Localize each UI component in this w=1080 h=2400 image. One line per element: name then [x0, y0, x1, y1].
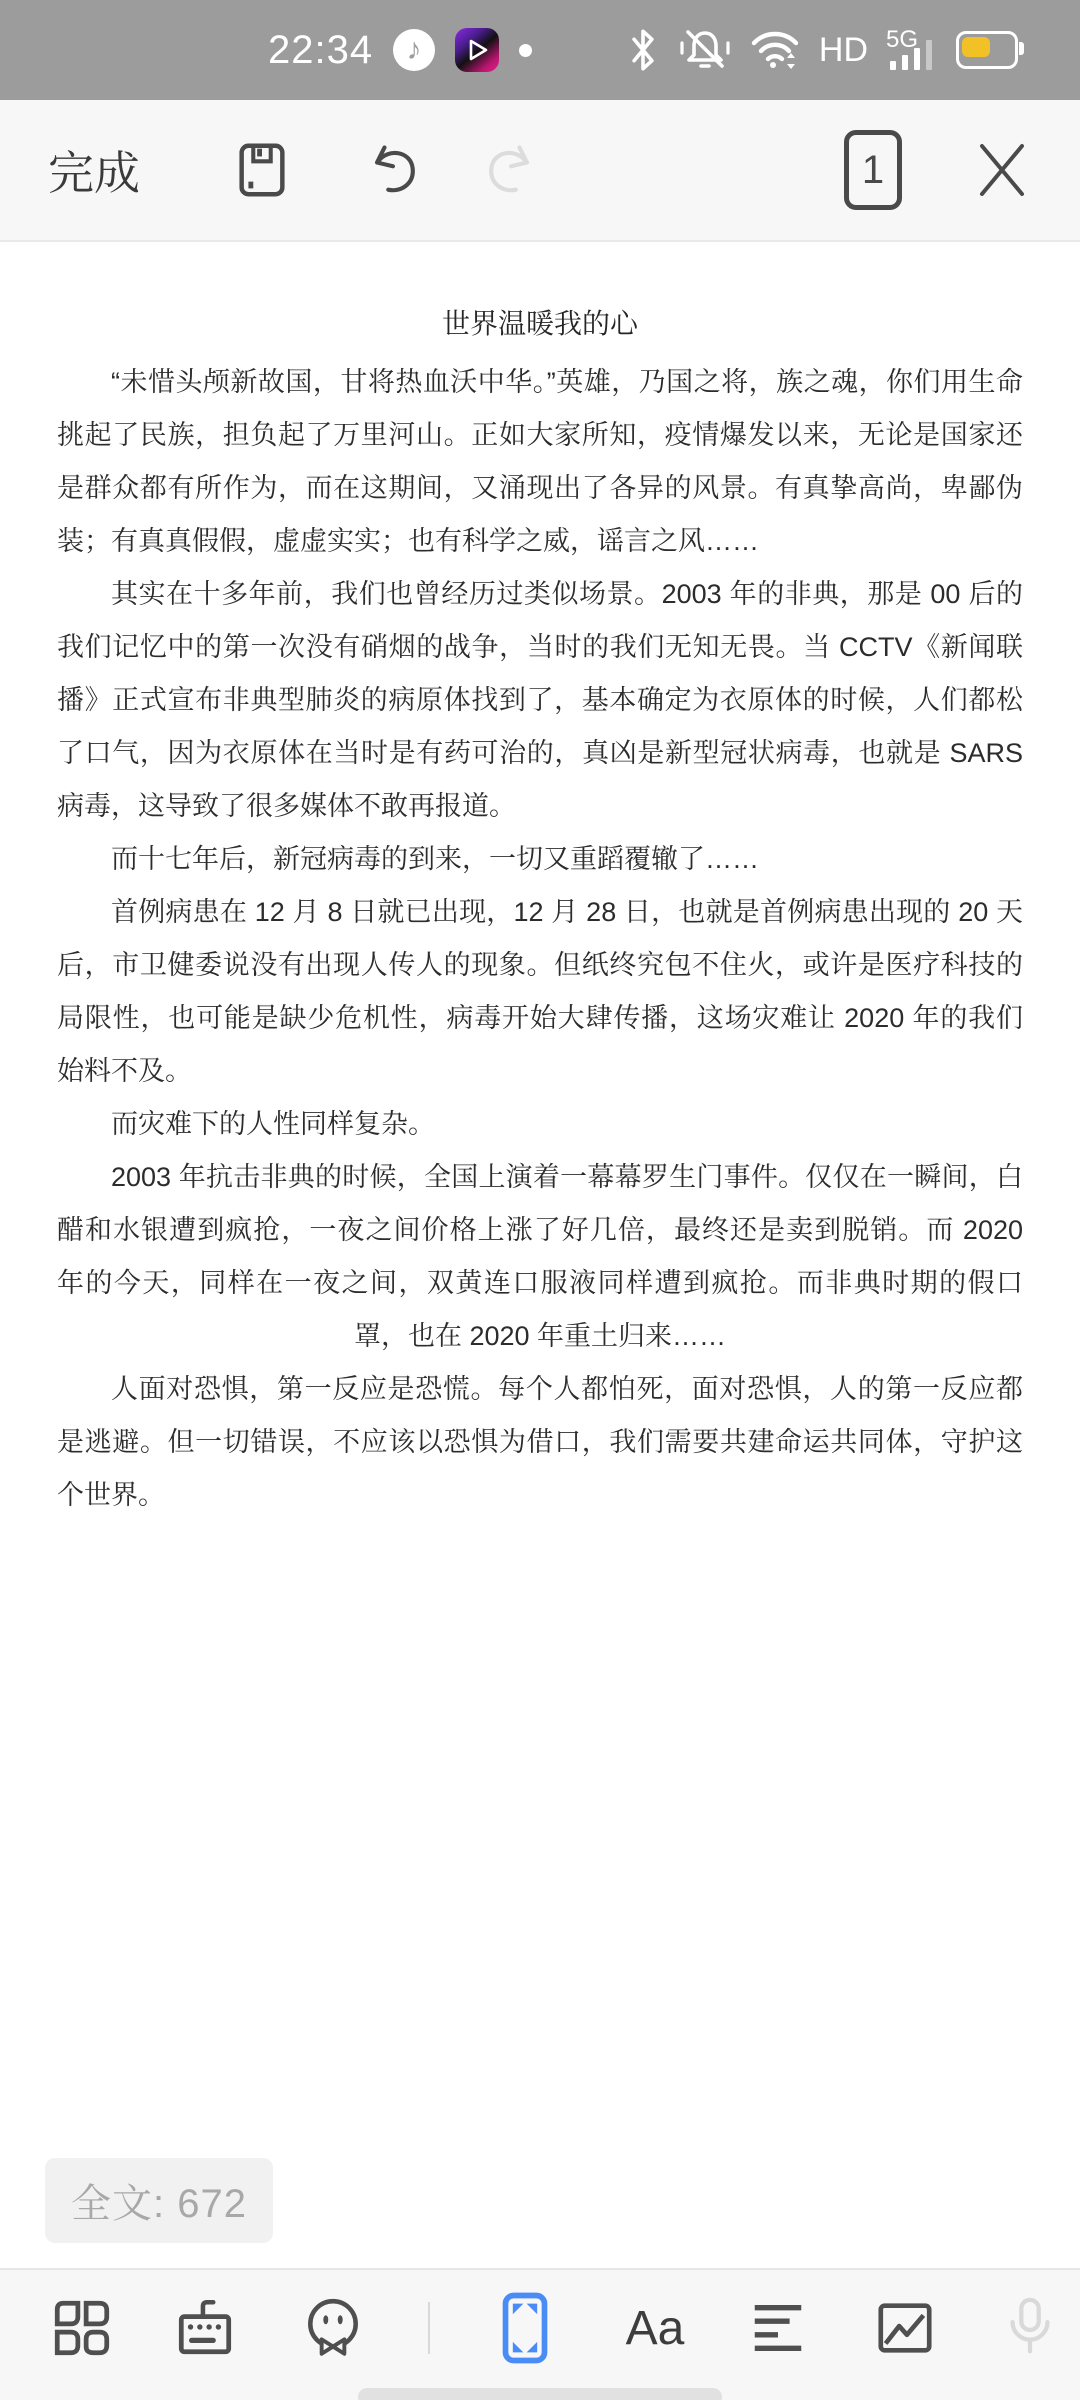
paragraph[interactable]: 而十七年后，新冠病毒的到来，一切又重蹈覆辙了…… [57, 833, 1023, 886]
tools-button[interactable] [42, 2288, 122, 2368]
font-settings-button[interactable]: Aa [615, 2288, 695, 2368]
paragraph[interactable]: 首例病患在 12 月 8 日就已出现，12 月 28 日，也就是首例病患出现的 … [57, 886, 1023, 1098]
video-app-notification-icon [455, 28, 499, 72]
page-indicator[interactable]: 1 [838, 100, 908, 240]
paragraph[interactable]: 其实在十多年前，我们也曾经历过类似场景。2003 年的非典，那是 00 后的我们… [57, 568, 1023, 833]
redo-button[interactable] [472, 100, 552, 240]
toolbar-divider [428, 2302, 430, 2354]
paragraph[interactable]: 而灾难下的人性同样复杂。 [57, 1098, 1023, 1151]
music-app-notification-icon: ♪ [393, 29, 435, 71]
tools-grid-icon [49, 2295, 115, 2361]
word-count-badge: 全文: 672 [45, 2158, 273, 2243]
status-left-cluster: 22:34 ♪ [268, 28, 532, 73]
close-icon [974, 140, 1030, 200]
phone-screen: 22:34 ♪ [0, 0, 1080, 2400]
image-icon [873, 2297, 937, 2359]
hd-indicator: HD [819, 31, 868, 70]
paragraph[interactable]: “未惜头颅新故国，甘将热血沃中华。”英雄，乃国之将，族之魂，你们用生命挑起了民族… [57, 356, 1023, 568]
page-number-box: 1 [844, 130, 902, 210]
paragraph-align-icon [747, 2297, 809, 2359]
clock: 22:34 [268, 28, 373, 73]
wifi-icon [749, 27, 801, 73]
font-aa-icon: Aa [626, 2301, 685, 2356]
vibrate-icon [679, 25, 731, 75]
floppy-save-icon [231, 139, 293, 201]
document-page[interactable]: 世界温暖我的心 “未惜头颅新故国，甘将热血沃中华。”英雄，乃国之将，族之魂，你们… [0, 242, 1080, 2268]
page-number: 1 [862, 148, 884, 193]
notification-dot [519, 44, 532, 57]
done-button[interactable]: 完成 [48, 100, 140, 240]
close-button[interactable] [962, 100, 1042, 240]
document-body[interactable]: “未惜头颅新故国，甘将热血沃中华。”英雄，乃国之将，族之魂，你们用生命挑起了民族… [57, 356, 1023, 1522]
save-button[interactable] [222, 100, 302, 240]
status-right-cluster: HD 5G [625, 25, 1018, 75]
bluetooth-icon [625, 25, 661, 75]
battery-fill [962, 37, 990, 57]
redo-icon [482, 139, 542, 201]
emoji-icon [300, 2293, 366, 2363]
bottom-toolbar: Aa [0, 2268, 1080, 2400]
paragraph-settings-button[interactable] [738, 2288, 818, 2368]
undo-button[interactable] [352, 100, 432, 240]
status-bar: 22:34 ♪ [0, 0, 1080, 100]
document-title[interactable]: 世界温暖我的心 [0, 300, 1080, 348]
paragraph[interactable]: 2003 年抗击非典的时候，全国上演着一幕幕罗生门事件。仅仅在一瞬间，白醋和水银… [57, 1151, 1023, 1363]
keyboard-icon [172, 2295, 238, 2361]
undo-icon [362, 139, 422, 201]
signal-bars: 5G [886, 28, 938, 72]
gesture-nav-pill[interactable] [358, 2388, 722, 2400]
insert-image-button[interactable] [865, 2288, 945, 2368]
voice-input-button[interactable] [990, 2288, 1070, 2368]
battery-icon [956, 31, 1018, 69]
emoji-button[interactable] [293, 2288, 373, 2368]
editor-toolbar: 完成 1 [0, 100, 1080, 242]
keyboard-button[interactable] [165, 2288, 245, 2368]
paragraph[interactable]: 人面对恐惧，第一反应是恐慌。每个人都怕死，面对恐惧，人的第一反应都是逃避。但一切… [57, 1363, 1023, 1522]
microphone-icon [999, 2295, 1061, 2361]
page-frame-icon [499, 2290, 551, 2366]
page-view-button[interactable] [485, 2288, 565, 2368]
